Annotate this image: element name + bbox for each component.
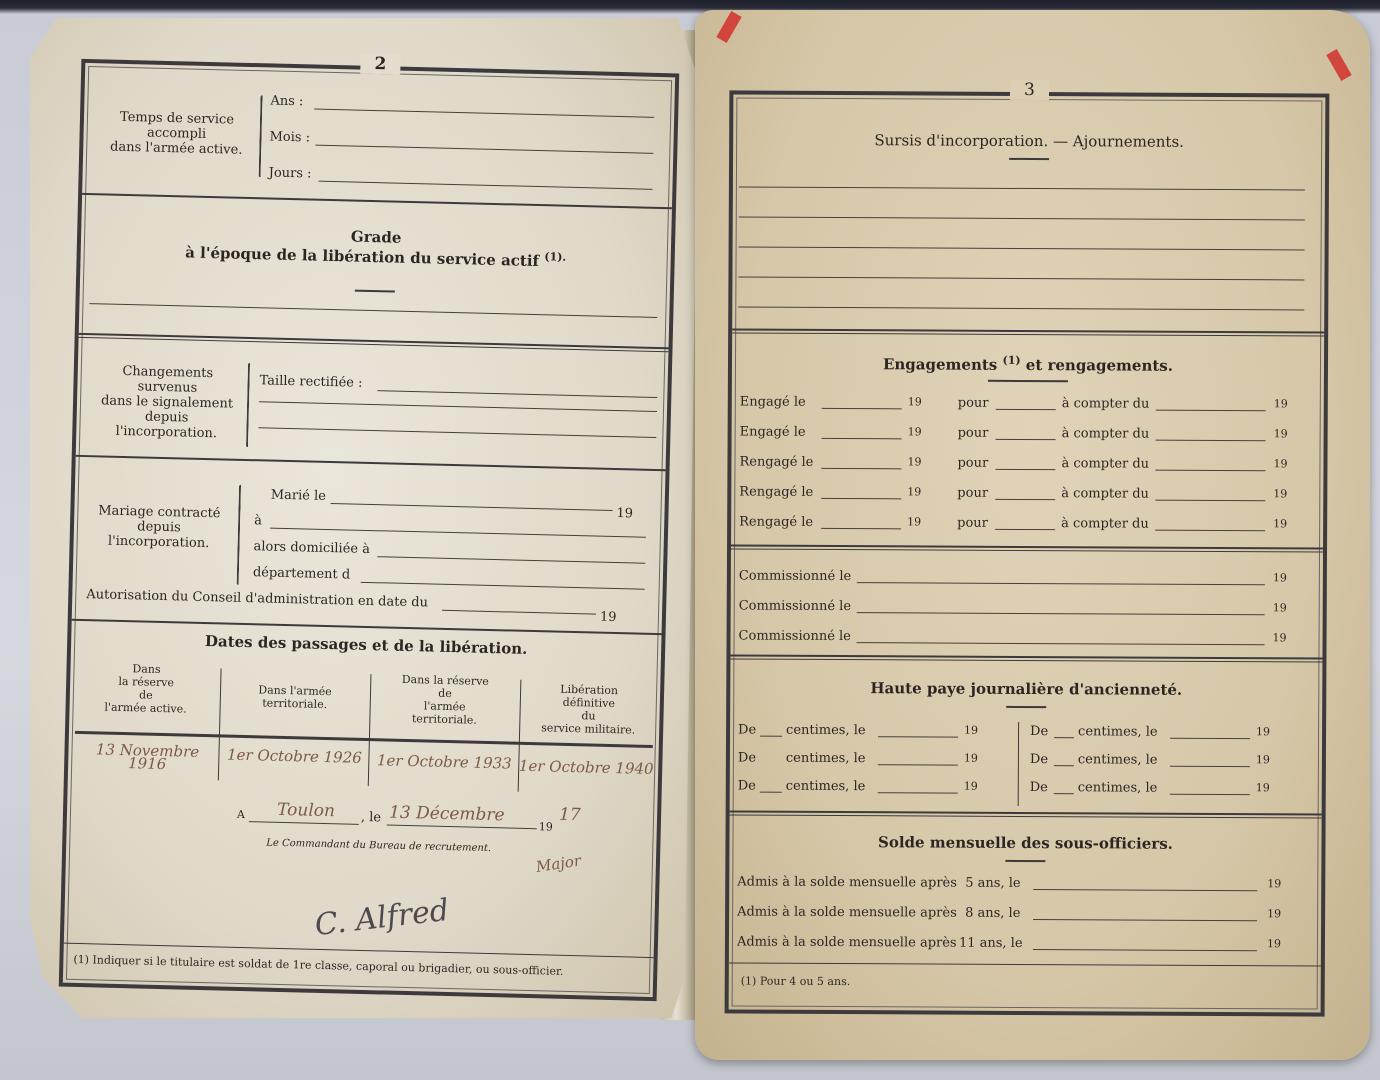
row-label: Commissionné le [739,568,851,584]
year-prefix: 19 [1273,631,1287,644]
changes-label: Changements survenus dans le signalement… [86,363,248,442]
grade-line [89,303,657,318]
footnote: (1) Indiquer si le titulaire est soldat … [73,953,563,978]
major-annotation: Major [535,851,582,876]
from-label: à compter du [1062,426,1150,441]
days-line [318,181,652,190]
date-liberation: 1er Octobre 1940 [518,760,654,776]
date-reserve-territorial: 1er Octobre 1933 [370,754,518,771]
marriage-label: Mariage contracté depuis l'incorporation… [83,503,234,552]
red-tab-right [1326,49,1351,81]
centimes-label: centimes, le [786,779,866,794]
from-date-line [1156,440,1266,442]
date-line [1170,766,1250,767]
domicile-line [377,556,645,564]
year-prefix: 19 [964,752,978,765]
divider [730,654,1322,662]
brace [259,95,263,177]
from-label: à compter du [1062,396,1150,411]
section-rule [1005,860,1045,862]
haute-paye-row[interactable]: De centimes, le 19 [1030,724,1314,743]
changes-line [259,401,657,412]
blank-line [738,306,1304,310]
year-prefix: 19 [1274,427,1288,440]
haute-paye-row[interactable]: De centimes, le 19 [1030,752,1314,771]
solde-title: Solde mensuelle des sous-officiers. [729,832,1321,853]
year-prefix: 19 [1267,877,1281,890]
year-prefix: 19 [1256,753,1270,766]
months-field[interactable]: Mois : [269,129,310,145]
year-prefix: 19 [1267,937,1281,950]
date-prefix: , le [361,810,381,825]
date-line [822,408,902,409]
year-prefix: 19 [1256,725,1270,738]
engagement-row[interactable]: Rengagé le 19 pour à compter du 19 [739,514,1315,535]
header-line: l'armée active. [75,700,215,716]
for-label: pour [957,516,988,531]
section-rule [355,290,395,293]
commission-row[interactable]: Commissionné le 19 [739,628,1315,649]
blank-line [738,276,1304,280]
year-prefix: 19 [907,485,921,498]
row-label: Rengagé le [739,514,813,529]
table-header-reserve-active: Dans la réserve de l'armée active. [75,661,216,716]
date-line [821,468,901,469]
centimes-label: centimes, le [1078,724,1158,739]
authorization-label: Autorisation du Conseil d'administration… [86,587,428,610]
place-prefix: A [237,808,245,821]
year-handwritten: 17 [559,805,581,826]
year-prefix: 19 [1273,601,1287,614]
row-label: Engagé le [740,394,806,409]
duration-line [995,529,1055,530]
amount-line [1054,793,1074,794]
married-on-field[interactable]: Marié le 19 [271,488,326,504]
date-line [857,612,1265,615]
label-line: dans l'armée active. [101,139,251,158]
row-label: Commissionné le [739,628,851,644]
year-prefix: 19 [964,724,978,737]
months-line [315,145,653,154]
years-label: 8 ans, le [965,906,1020,921]
engagements-title-suffix: et rengagements. [1026,356,1173,375]
amount-line [760,792,782,793]
section-rule [1009,158,1049,160]
page-number: 3 [1010,80,1049,100]
date-handwritten: 13 Décembre [389,803,505,826]
years-label: 11 ans, le [959,936,1023,951]
row-label: Admis à la solde mensuelle après [737,874,957,890]
sursis-title: Sursis d'incorporation. — Ajournements. [733,130,1325,151]
haute-paye-row[interactable]: De centimes, le 19 [738,750,1018,769]
year-prefix: 19 [964,780,978,793]
date-reserve-active: 13 Novembre 1916 [74,743,221,773]
de-label: De [1030,724,1048,739]
height-corrected-field[interactable]: Taille rectifiée : [259,373,362,391]
row-label: Rengagé le [739,454,813,469]
year-prefix: 19 [1273,487,1287,500]
row-label: Rengagé le [739,484,813,499]
date-line [1033,889,1257,891]
page-2: 2 Temps de service accompli dans l'armée… [30,18,698,1018]
months-label: Mois : [269,129,310,145]
brace [237,485,241,585]
column-divider [368,674,372,786]
date-line [822,438,902,439]
year-prefix: 19 [1267,907,1281,920]
header-line: territoriale. [373,711,515,727]
haute-paye-row[interactable]: De centimes, le 19 [738,722,1018,741]
page-3: 3 Sursis d'incorporation. — Ajournements… [695,10,1370,1060]
for-label: pour [957,456,988,471]
year-prefix: 19 [539,820,553,833]
divider [732,328,1324,336]
department-field[interactable]: département d [253,565,351,582]
de-label: De [738,778,756,793]
engagement-row[interactable]: Engagé le 19 pour à compter du 19 [740,394,1316,415]
divider [730,810,1322,818]
engagement-row[interactable]: Engagé le 19 pour à compter du 19 [740,424,1316,445]
duration-line [995,469,1055,470]
place-field[interactable]: à [254,513,262,528]
from-label: à compter du [1061,516,1149,531]
year-prefix: 19 [907,455,921,468]
years-label: Ans : [270,93,303,109]
date-line [878,764,958,765]
solde-row[interactable]: Admis à la solde mensuelle après 11 ans,… [737,934,1313,955]
label-line: l'incorporation. [86,423,246,442]
page-3-frame: 3 Sursis d'incorporation. — Ajournements… [725,90,1330,1016]
duration-line [996,409,1056,410]
row-label: Commissionné le [739,598,851,614]
row-label: Engagé le [740,424,806,439]
divider [731,544,1323,552]
year-prefix: 19 [1273,571,1287,584]
from-date-line [1155,470,1265,472]
haute-paye-title: Haute paye journalière d'ancienneté. [730,678,1322,699]
year-prefix: 19 [1256,781,1270,794]
row-label: Admis à la solde mensuelle après [737,934,957,950]
for-label: pour [958,396,989,411]
divider [729,962,1321,966]
from-date-line [1155,500,1265,502]
centimes-label: centimes, le [786,751,866,766]
height-corrected-label: Taille rectifiée : [259,373,362,391]
changes-line [258,427,656,438]
header-line: service militaire. [523,721,653,737]
from-date-line [1155,530,1265,532]
year-prefix: 19 [1273,517,1287,530]
date-line [878,736,958,737]
service-time-label: Temps de service accompli dans l'armée a… [101,109,252,158]
year-prefix: 19 [1274,397,1288,410]
height-line [377,390,657,398]
de-label: De [738,722,756,737]
section-rule [1006,706,1046,708]
column-divider [518,680,522,792]
amount-line [760,736,782,737]
de-label: De [738,750,756,765]
engagements-title-text: Engagements [883,355,997,374]
haute-paye-row[interactable]: De centimes, le 19 [1030,780,1314,799]
table-header-liberation: Libération définitive du service militai… [523,682,654,737]
department-line [361,582,645,590]
divider [82,193,672,209]
de-label: De [1030,780,1048,795]
blank-line [739,216,1305,220]
domicile-field[interactable]: alors domiciliée à [253,539,370,557]
place-line [249,821,359,825]
from-label: à compter du [1061,486,1149,501]
from-label: à compter du [1061,456,1149,471]
date-line [1033,949,1257,951]
dates-table-title: Dates des passages et de la libération. [71,629,661,661]
days-field[interactable]: Jours : [269,165,312,181]
for-label: pour [958,426,989,441]
date-line [1033,919,1257,921]
solde-row[interactable]: Admis à la solde mensuelle après 8 ans, … [737,904,1313,925]
date-line [1170,794,1250,795]
label-line: l'incorporation. [83,533,233,552]
centimes-label: centimes, le [786,723,866,738]
footnote: (1) Pour 4 ou 5 ans. [741,975,851,989]
page-number: 2 [360,54,400,75]
place-line [270,528,646,538]
date-territorial: 1er Octobre 1926 [220,748,368,765]
year-prefix: 19 [600,610,617,625]
divider [76,455,666,471]
dates-table: Dans la réserve de l'armée active. Dans … [74,657,655,791]
page-2-frame: 2 Temps de service accompli dans l'armée… [59,59,679,1001]
year-prefix: 19 [908,395,922,408]
divider [79,333,669,352]
section-rule [988,380,1068,382]
engagements-title: Engagements (1) et rengagements. [732,352,1324,375]
amount-line [1054,737,1074,738]
header-line: territoriale. [224,696,366,712]
year-prefix: 19 [1273,457,1287,470]
date-line [878,792,958,793]
commission-row[interactable]: Commissionné le 19 [739,568,1315,589]
blank-line [739,186,1305,190]
days-label: Jours : [269,165,312,181]
centimes-label: centimes, le [1078,752,1158,767]
amount-line [1054,765,1074,766]
years-line [314,109,654,118]
department-label: département d [253,565,351,582]
date-line [821,528,901,529]
years-field[interactable]: Ans : [270,93,303,109]
year-prefix: 19 [616,506,633,521]
engagement-row[interactable]: Rengagé le 19 pour à compter du 19 [739,484,1315,505]
footnote-marker: (1) [1002,354,1020,367]
years-label: 5 ans, le [965,876,1020,891]
domicile-label: alors domiciliée à [253,539,370,557]
year-prefix: 19 [908,425,922,438]
duration-line [995,499,1055,500]
duration-line [996,439,1056,440]
table-header-reserve-territorial: Dans la réserve de l'armée territoriale. [373,672,516,727]
date-line [857,642,1265,645]
from-date-line [1156,410,1266,412]
solde-row[interactable]: Admis à la solde mensuelle après 5 ans, … [737,874,1313,895]
date-line [387,825,537,830]
signatory-label: Le Commandant du Bureau de recrutement. [266,838,491,854]
date-line [1170,738,1250,739]
authorization-field[interactable]: Autorisation du Conseil d'administration… [86,587,428,610]
signature: C. Alfred [313,893,451,943]
date-line [821,498,901,499]
married-on-label: Marié le [271,488,326,504]
blank-line [739,246,1305,250]
red-tab-left [716,11,741,43]
authorization-line [442,610,596,615]
de-label: De [1030,752,1048,767]
place-date-field[interactable]: A Toulon , le 13 Décembre 19 17 [237,807,245,822]
table-header-territorial: Dans l'armée territoriale. [224,683,367,712]
haute-paye-row[interactable]: De centimes, le 19 [738,778,1018,797]
engagement-row[interactable]: Rengagé le 19 pour à compter du 19 [739,454,1315,475]
centimes-label: centimes, le [1078,780,1158,795]
place-handwritten: Toulon [277,800,335,821]
row-label: Admis à la solde mensuelle après [737,904,957,920]
place-label: à [254,513,262,528]
date-line [857,582,1265,585]
grade-title: Grade à l'époque de la libération du ser… [81,221,672,273]
commission-row[interactable]: Commissionné le 19 [739,598,1315,619]
year-prefix: 19 [907,515,921,528]
for-label: pour [957,486,988,501]
footnote-marker: (1). [544,250,566,264]
married-line [331,503,613,511]
